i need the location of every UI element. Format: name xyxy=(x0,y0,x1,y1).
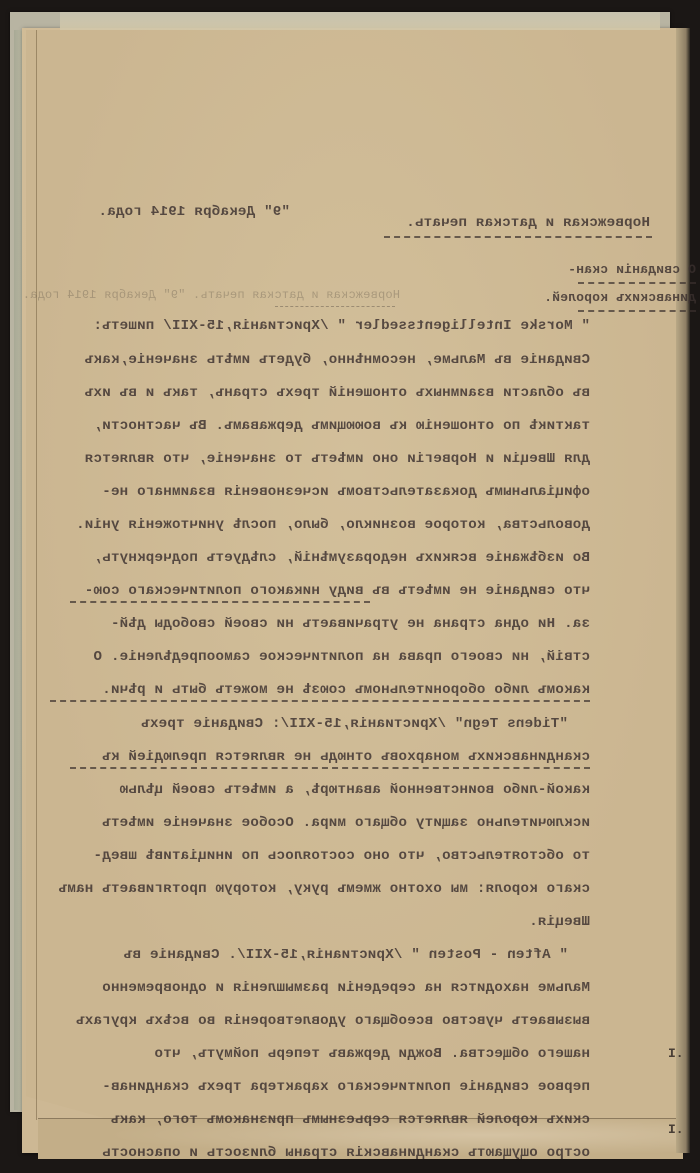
paper-right-edge xyxy=(676,28,690,1153)
paper-top-fold xyxy=(60,12,660,32)
paper-crease xyxy=(36,30,37,1120)
margin-mark-1: I. xyxy=(668,1046,684,1061)
paper-bottom-strip xyxy=(38,1118,683,1159)
paper-inner-sheet xyxy=(26,30,678,1118)
scanned-document: Норвежская и датская печать. "9" Декабря… xyxy=(0,0,700,1173)
margin-mark-2: I. xyxy=(668,1122,684,1137)
